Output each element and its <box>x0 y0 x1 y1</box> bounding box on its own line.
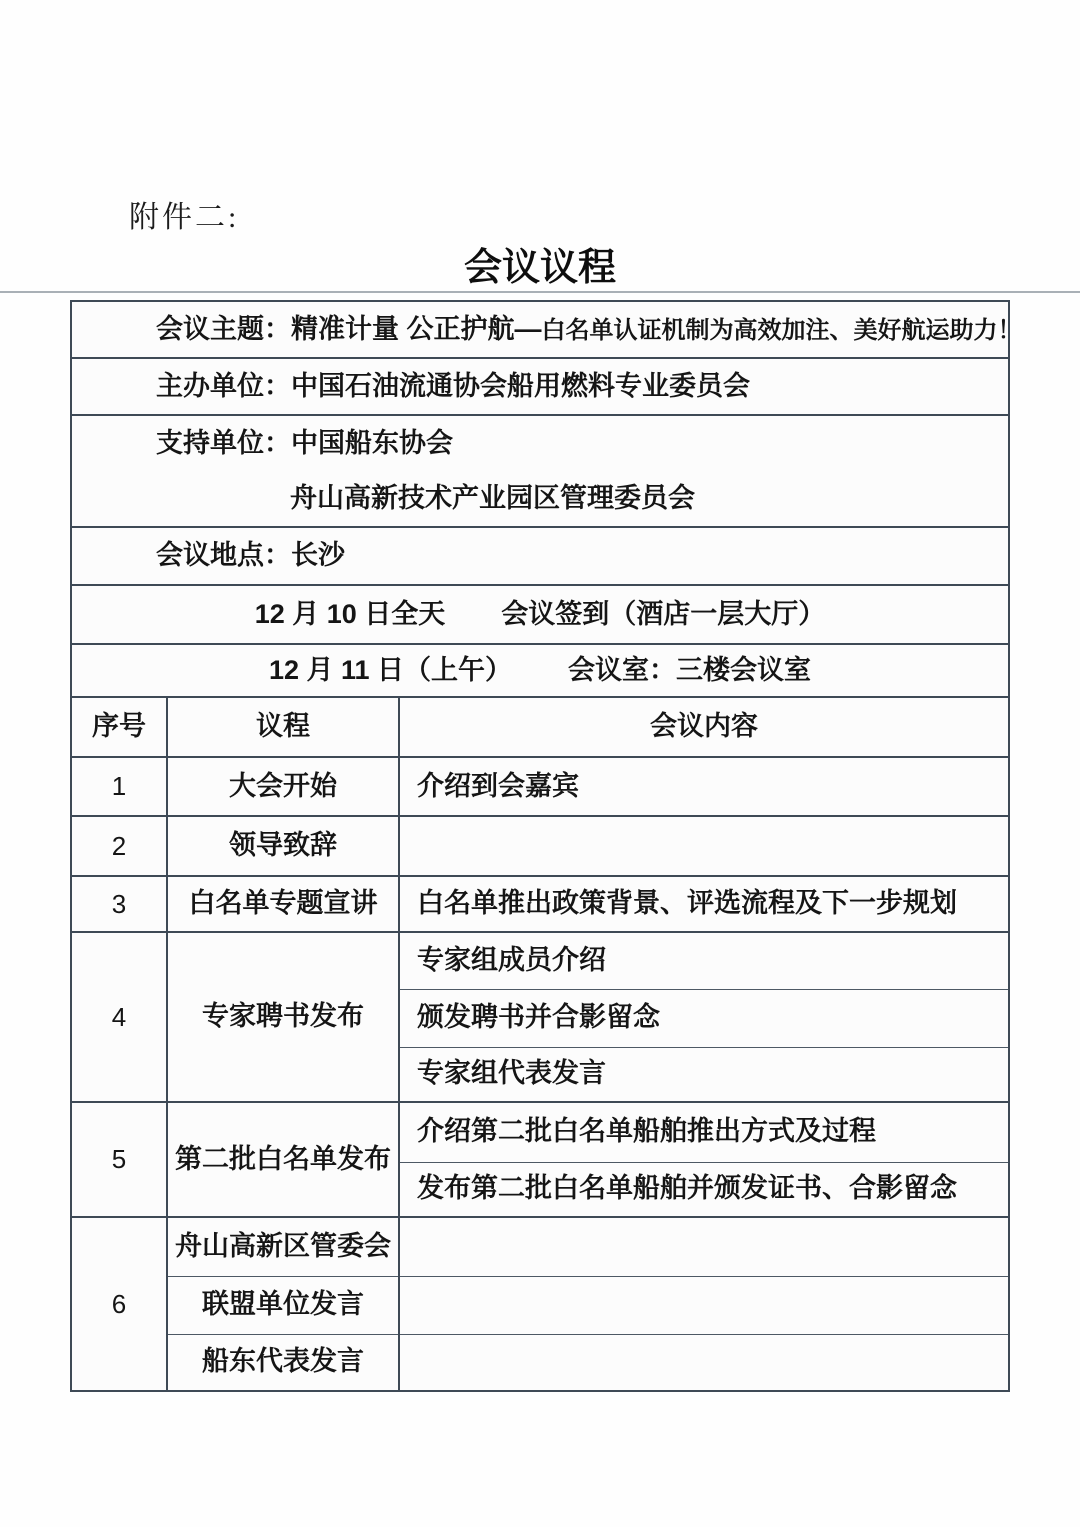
supporter-cell: 支持单位：中国船东协会 舟山高新技术产业园区管理委员会 <box>71 415 1009 527</box>
row2-content <box>399 816 1009 876</box>
supporter-line2: 舟山高新技术产业园区管理委员会 <box>72 471 1008 526</box>
row6-content-1 <box>399 1217 1009 1276</box>
row4-agenda: 专家聘书发布 <box>167 932 399 1102</box>
header-content: 会议内容 <box>399 697 1009 757</box>
theme-label: 会议主题： <box>156 314 291 344</box>
table-row-day2: 12 月 11 日（上午）会议室：三楼会议室 <box>71 644 1009 697</box>
theme-cell: 会议主题：精准计量 公正护航—白名单认证机制为高效加注、美好航运助力！ <box>71 301 1009 358</box>
row6-no: 6 <box>71 1217 167 1391</box>
row6-content-3 <box>399 1334 1009 1391</box>
table-row-3: 3 白名单专题宣讲 白名单推出政策背景、评选流程及下一步规划 <box>71 876 1009 932</box>
day2-detail: 会议室：三楼会议室 <box>568 655 811 685</box>
day1-cell: 12 月 10 日全天会议签到（酒店一层大厅） <box>71 585 1009 644</box>
row6-agenda-2: 联盟单位发言 <box>167 1276 399 1334</box>
row3-agenda: 白名单专题宣讲 <box>167 876 399 932</box>
agenda-table: 会议主题：精准计量 公正护航—白名单认证机制为高效加注、美好航运助力！ 主办单位… <box>70 300 1010 1392</box>
row3-no: 3 <box>71 876 167 932</box>
row6-agenda-1: 舟山高新区管委会 <box>167 1217 399 1276</box>
table-row-location: 会议地点：长沙 <box>71 527 1009 585</box>
row5-no: 5 <box>71 1102 167 1217</box>
row1-agenda: 大会开始 <box>167 757 399 816</box>
row1-no: 1 <box>71 757 167 816</box>
table-row-supporter: 支持单位：中国船东协会 舟山高新技术产业园区管理委员会 <box>71 415 1009 527</box>
row2-no: 2 <box>71 816 167 876</box>
table-row-6c: 船东代表发言 <box>71 1334 1009 1391</box>
header-no: 序号 <box>71 697 167 757</box>
table-row-day1: 12 月 10 日全天会议签到（酒店一层大厅） <box>71 585 1009 644</box>
table-row-6a: 6 舟山高新区管委会 <box>71 1217 1009 1276</box>
row6-content-2 <box>399 1276 1009 1334</box>
table-row-5a: 5 第二批白名单发布 介绍第二批白名单船舶推出方式及过程 <box>71 1102 1009 1162</box>
supporter-line1: 支持单位：中国船东协会 <box>72 416 1008 471</box>
row1-content: 介绍到会嘉宾 <box>399 757 1009 816</box>
row4-content-2: 颁发聘书并合影留念 <box>399 989 1009 1047</box>
header-agenda: 议程 <box>167 697 399 757</box>
table-row-1: 1 大会开始 介绍到会嘉宾 <box>71 757 1009 816</box>
row6-agenda-3: 船东代表发言 <box>167 1334 399 1391</box>
day1-detail: 会议签到（酒店一层大厅） <box>501 599 825 629</box>
location-cell: 会议地点：长沙 <box>71 527 1009 585</box>
attachment-label: 附件二: <box>129 192 239 236</box>
table-row-6b: 联盟单位发言 <box>71 1276 1009 1334</box>
table-row-organizer: 主办单位：中国石油流通协会船用燃料专业委员会 <box>71 358 1009 415</box>
theme-sub: 白名单认证机制为高效加注、美好航运助力！ <box>542 317 1009 344</box>
table-header-row: 序号 议程 会议内容 <box>71 697 1009 757</box>
row4-content-3: 专家组代表发言 <box>399 1047 1009 1102</box>
document-page: 附件二: 会议议程 会议主题：精准计量 公正护航—白名单认证机制为高效加注、美好… <box>0 0 1080 1527</box>
table-row-4a: 4 专家聘书发布 专家组成员介绍 <box>71 932 1009 989</box>
theme-main: 精准计量 公正护航— <box>291 314 542 344</box>
row5-agenda: 第二批白名单发布 <box>167 1102 399 1217</box>
day2-date: 12 月 11 日（上午） <box>269 655 512 685</box>
organizer-cell: 主办单位：中国石油流通协会船用燃料专业委员会 <box>71 358 1009 415</box>
table-row-2: 2 领导致辞 <box>71 816 1009 876</box>
row3-content: 白名单推出政策背景、评选流程及下一步规划 <box>399 876 1009 932</box>
page-title: 会议议程 <box>0 236 1080 291</box>
row5-content-2: 发布第二批白名单船舶并颁发证书、合影留念 <box>399 1162 1009 1217</box>
divider-line <box>0 291 1080 293</box>
row4-no: 4 <box>71 932 167 1102</box>
row4-content-1: 专家组成员介绍 <box>399 932 1009 989</box>
day2-cell: 12 月 11 日（上午）会议室：三楼会议室 <box>71 644 1009 697</box>
table-row-theme: 会议主题：精准计量 公正护航—白名单认证机制为高效加注、美好航运助力！ <box>71 301 1009 358</box>
row5-content-1: 介绍第二批白名单船舶推出方式及过程 <box>399 1102 1009 1162</box>
day1-date: 12 月 10 日全天 <box>255 599 446 629</box>
row2-agenda: 领导致辞 <box>167 816 399 876</box>
